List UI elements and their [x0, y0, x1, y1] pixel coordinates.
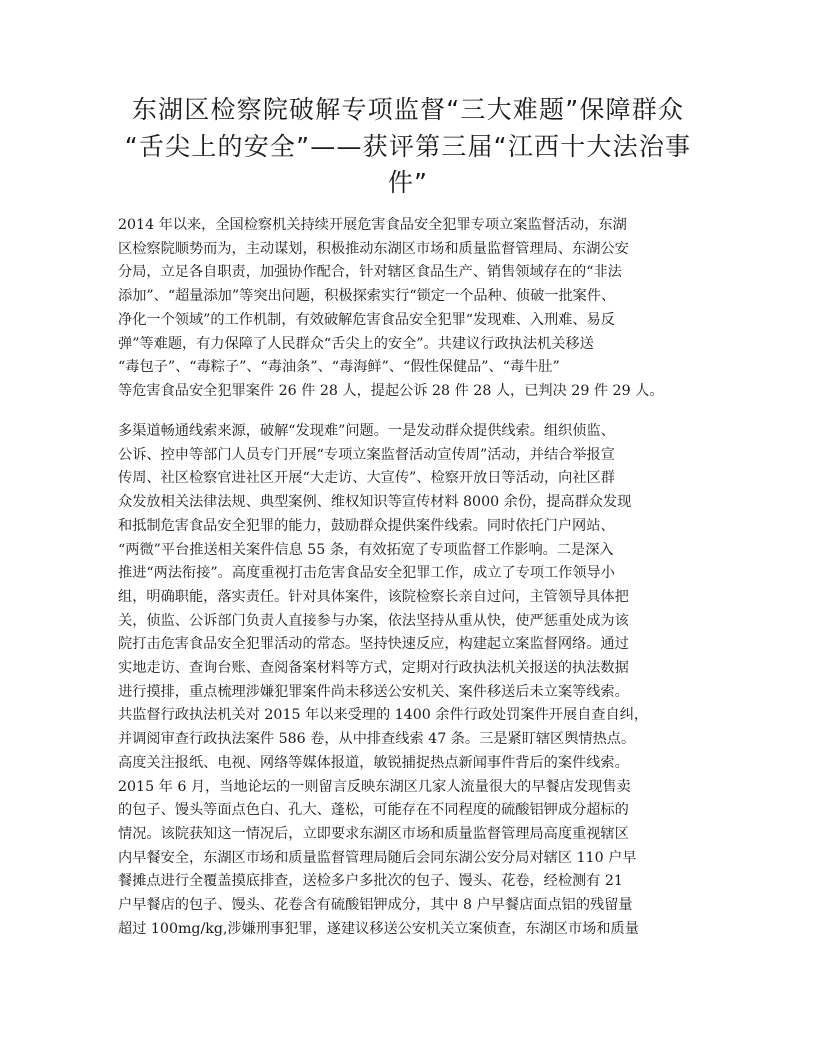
text-line: 餐摊点进行全覆盖摸底排查，送检多户多批次的包子、馒头、花卷，经检测有 21 [118, 870, 718, 894]
text-line: 弹”等难题，有力保障了人民群众“舌尖上的安全”。共建议行政执法机关移送 [118, 333, 718, 357]
paragraph-clue-sources: 多渠道畅通线索来源，破解“发现难”问题。一是发动群众提供线索。组织侦监、 公诉、… [118, 420, 718, 941]
document-page: 东湖区检察院破解专项监督“三大难题”保障群众 “舌尖上的安全”——获评第三届“江… [0, 0, 816, 1056]
document-title: 东湖区检察院破解专项监督“三大难题”保障群众 “舌尖上的安全”——获评第三届“江… [100, 92, 716, 202]
text-line: 高度关注报纸、电视、网络等媒体报道，敏锐捕捉热点新闻事件背后的案件线索。 [118, 752, 718, 776]
text-line: 超过 100mg/kg,涉嫌刑事犯罪，遂建议移送公安机关立案侦查，东湖区市场和质… [118, 918, 718, 942]
text-line: 组，明确职能，落实责任。针对具体案件，该院检察长亲自过问，主管领导具体把 [118, 586, 718, 610]
text-line: 2015 年 6 月，当地论坛的一则留言反映东湖区几家人流量很大的早餐店发现售卖 [118, 776, 718, 800]
text-line: 和抵制危害食品安全犯罪的能力，鼓励群众提供案件线索。同时依托门户网站、 [118, 515, 718, 539]
title-line: “舌尖上的安全”——获评第三届“江西十大法治事 [100, 129, 716, 166]
text-line: 推进“两法衔接”。高度重视打击危害食品安全犯罪工作，成立了专项工作领导小 [118, 562, 718, 586]
title-line: 东湖区检察院破解专项监督“三大难题”保障群众 [100, 92, 716, 129]
text-line: 净化一个领域”的工作机制，有效破解危害食品安全犯罪“发现难、入刑难、易反 [118, 309, 718, 333]
title-line: 件” [100, 165, 716, 202]
text-line: 关，侦监、公诉部门负责人直接参与办案，依法坚持从重从快，使严惩重处成为该 [118, 610, 718, 634]
text-line: “毒包子”、“毒粽子”、“毒油条”、“毒海鲜”、“假性保健品”、“毒牛肚” [118, 356, 718, 380]
text-line: “两微”平台推送相关案件信息 55 条，有效拓宽了专项监督工作影响。二是深入 [118, 539, 718, 563]
text-line: 公诉、控申等部门人员专门开展“专项立案监督活动宣传周”活动，并结合举报宣 [118, 444, 718, 468]
text-line: 并调阅审查行政执法案件 586 卷，从中排查线索 47 条。三是紧盯辖区舆情热点… [118, 728, 718, 752]
paragraph-intro: 2014 年以来，全国检察机关持续开展危害食品安全犯罪专项立案监督活动，东湖 区… [118, 214, 718, 404]
text-line: 院打击危害食品安全犯罪活动的常态。坚持快速反应，构建起立案监督网络。通过 [118, 633, 718, 657]
text-line: 众发放相关法律法规、典型案例、维权知识等宣传材料 8000 余份，提高群众发现 [118, 491, 718, 515]
text-line: 区检察院顺势而为，主动谋划，积极推动东湖区市场和质量监督管理局、东湖公安 [118, 238, 718, 262]
text-line: 2014 年以来，全国检察机关持续开展危害食品安全犯罪专项立案监督活动，东湖 [118, 214, 718, 238]
text-line: 情况。该院获知这一情况后，立即要求东湖区市场和质量监督管理局高度重视辖区 [118, 823, 718, 847]
text-line: 添加”、“超量添加”等突出问题，积极探索实行“锁定一个品种、侦破一批案件、 [118, 285, 718, 309]
text-line: 实地走访、查询台账、查阅备案材料等方式，定期对行政执法机关报送的执法数据 [118, 657, 718, 681]
text-line: 内早餐安全，东湖区市场和质量监督管理局随后会同东湖公安分局对辖区 110 户早 [118, 847, 718, 871]
text-line: 等危害食品安全犯罪案件 26 件 28 人，提起公诉 28 件 28 人，已判决… [118, 380, 718, 404]
text-line: 的包子、馒头等面点色白、孔大、蓬松，可能存在不同程度的硫酸铝钾成分超标的 [118, 799, 718, 823]
text-line: 户早餐店的包子、馒头、花卷含有硫酸铝钾成分，其中 8 户早餐店面点铝的残留量 [118, 894, 718, 918]
text-line: 分局，立足各自职责，加强协作配合，针对辖区食品生产、销售领域存在的“非法 [118, 261, 718, 285]
text-line: 进行摸排，重点梳理涉嫌犯罪案件尚未移送公安机关、案件移送后未立案等线索。 [118, 681, 718, 705]
text-line: 共监督行政执法机关对 2015 年以来受理的 1400 余件行政处罚案件开展自查… [118, 704, 718, 728]
text-line: 传周、社区检察官进社区开展“大走访、大宣传”、检察开放日等活动，向社区群 [118, 467, 718, 491]
text-line: 多渠道畅通线索来源，破解“发现难”问题。一是发动群众提供线索。组织侦监、 [118, 420, 718, 444]
